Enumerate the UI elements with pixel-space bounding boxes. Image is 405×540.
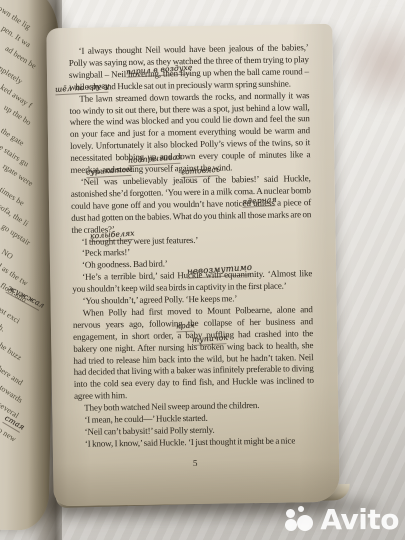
avito-logo-icon [285,506,315,534]
left-page-text-fragment: ic to new [0,419,18,443]
book-paragraph: ‘He’s a terrible bird,’ said Huckle with… [72,268,312,296]
left-page-text-fragment: ch. [0,320,7,333]
book-paragraph: ‘I always thought Neil would have been j… [69,42,310,93]
book-text-block: ‘I always thought Neil would have been j… [69,42,316,471]
book-paragraph: ‘I know, I know,’ said Huckle. ‘I just t… [75,435,315,451]
book-paragraph: ‘Neil was unbelievably jealous of the ba… [71,173,312,236]
avito-watermark: Avito [285,506,399,534]
avito-watermark-text: Avito [320,506,399,534]
page-number: 5 [75,456,315,472]
book-paragraph: When Polly had first moved to Mount Polb… [73,304,314,403]
book-photo: own the ligpen. It waad been bempletelyk… [0,0,405,540]
left-page-text-fragment: he buzz [0,340,24,361]
left-page-text-fragment: most exci [0,301,22,326]
soft-shadow-blob [337,14,405,114]
book-paragraph: The lawn streamed down towards the rocks… [69,90,310,177]
right-book-page: ‘I always thought Neil would have been j… [46,24,339,506]
left-page-text-fragment: … NO [0,241,15,261]
